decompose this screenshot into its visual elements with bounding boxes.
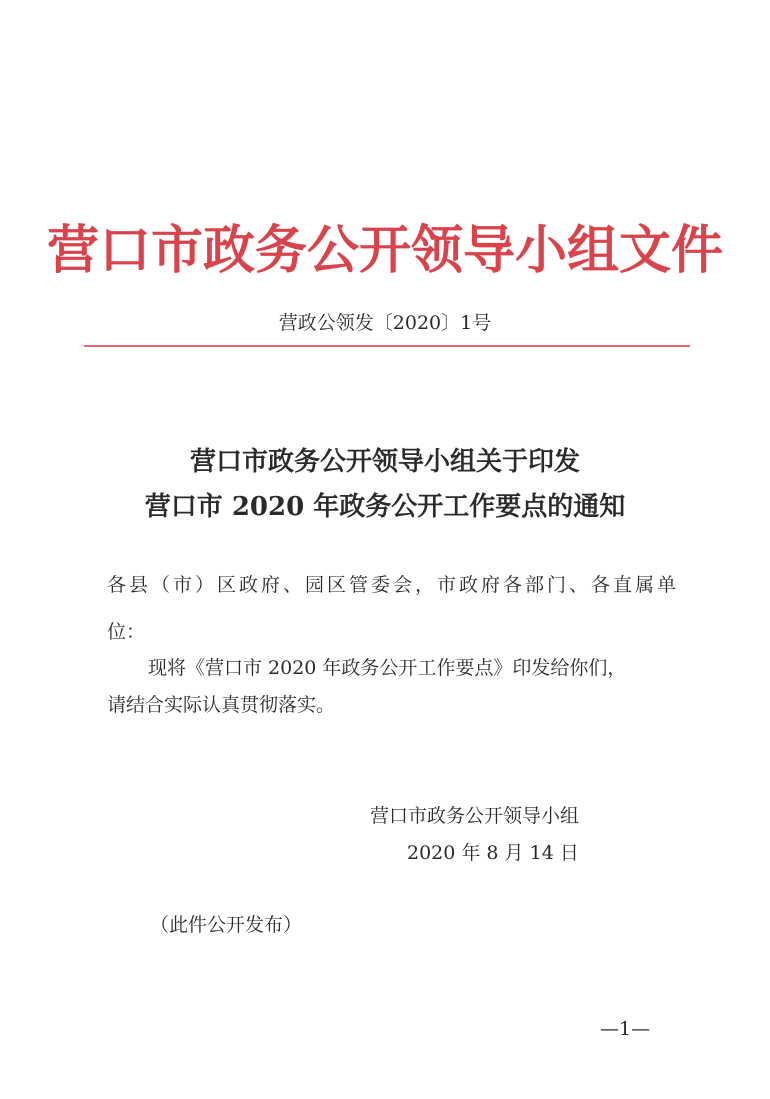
signature-date: 2020 年 8 月 14 日 bbox=[407, 838, 579, 865]
page-number: —1— bbox=[600, 1018, 650, 1040]
body-paragraph-line-1: 现将《营口市 2020 年政务公开工作要点》印发给你们， bbox=[148, 653, 626, 680]
notice-title-line-1: 营口市政务公开领导小组关于印发 bbox=[0, 441, 770, 478]
addressee-line-2: 位： bbox=[107, 617, 145, 644]
signature-organization: 营口市政务公开领导小组 bbox=[370, 801, 579, 828]
masthead-title: 营口市政务公开领导小组文件 bbox=[0, 208, 770, 283]
addressee-line-1: 各县（市）区政府、园区管委会，市政府各部门、各直属单 bbox=[107, 570, 679, 597]
public-release-note: （此件公开发布） bbox=[150, 910, 302, 937]
notice-title-line-2: 营口市 2020 年政务公开工作要点的通知 bbox=[0, 486, 770, 523]
red-divider-line bbox=[84, 345, 690, 347]
body-paragraph-line-2: 请结合实际认真贯彻落实。 bbox=[107, 690, 335, 717]
document-number: 营政公领发〔2020〕1号 bbox=[0, 308, 770, 335]
